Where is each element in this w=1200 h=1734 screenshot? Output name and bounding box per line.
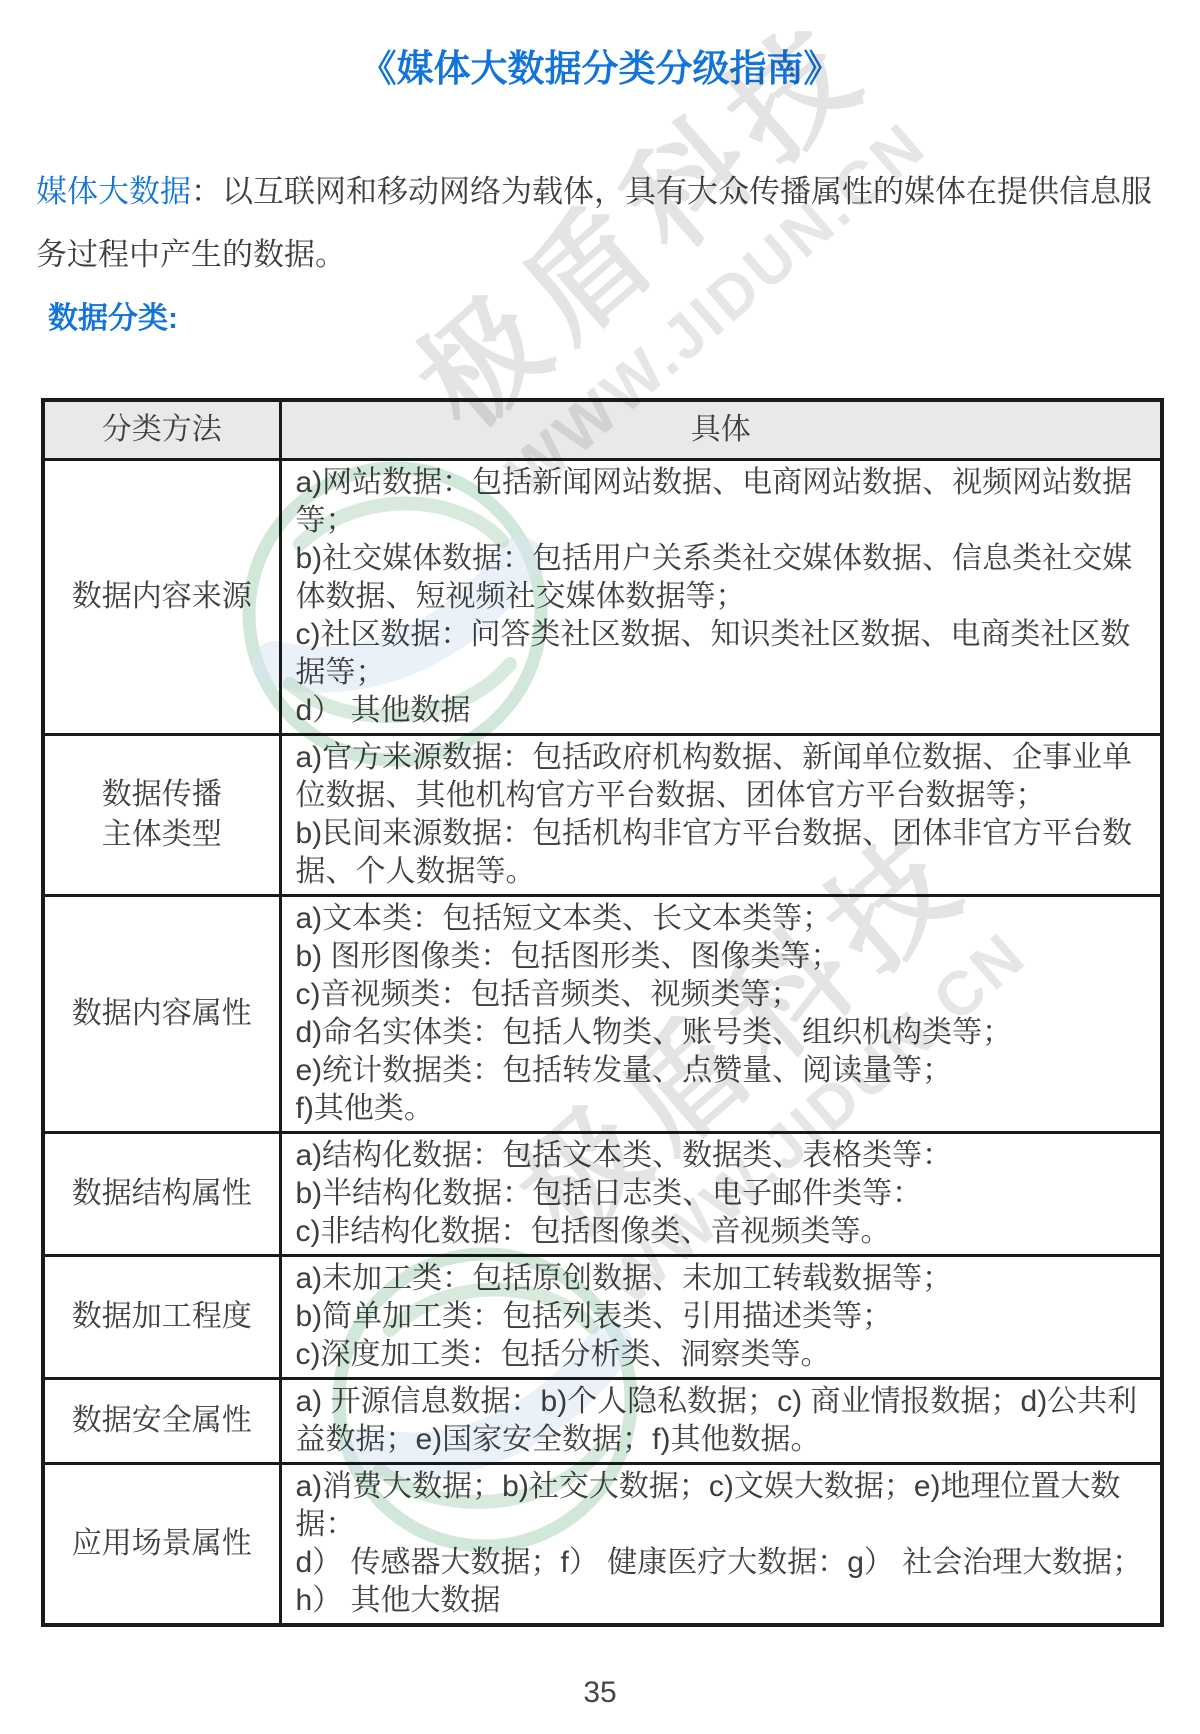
detail-item: d） 其他数据 (296, 692, 1149, 730)
row-label: 数据内容来源 (43, 460, 280, 735)
page-number: 35 (0, 1676, 1200, 1710)
detail-item: a)官方来源数据：包括政府机构数据、新闻单位数据、企事业单位数据、其他机构官方平… (296, 739, 1149, 815)
detail-item: d） 传感器大数据；f） 健康医疗大数据：g） 社会治理大数据； (296, 1544, 1149, 1582)
detail-item: c)社区数据：问答类社区数据、知识类社区数据、电商类社区数据等； (296, 616, 1149, 692)
detail-item: a) 开源信息数据：b)个人隐私数据；c) 商业情报数据；d)公共利益数据；e)… (296, 1383, 1149, 1459)
column-header-method: 分类方法 (43, 400, 280, 460)
row-label: 数据内容属性 (43, 896, 280, 1133)
table-row: 数据结构属性 a)结构化数据：包括文本类、数据类、表格类等： b)半结构化数据：… (43, 1133, 1162, 1256)
table-row: 数据内容来源 a)网站数据：包括新闻网站数据、电商网站数据、视频网站数据等； b… (43, 460, 1162, 735)
row-detail: a)未加工类：包括原创数据、未加工转载数据等； b)简单加工类：包括列表类、引用… (280, 1256, 1162, 1379)
row-detail: a)网站数据：包括新闻网站数据、电商网站数据、视频网站数据等； b)社交媒体数据… (280, 460, 1162, 735)
detail-item: b)民间来源数据：包括机构非官方平台数据、团体非官方平台数据、个人数据等。 (296, 815, 1149, 891)
detail-item: c)非结构化数据：包括图像类、音视频类等。 (296, 1213, 1149, 1251)
classification-table: 分类方法 具体 数据内容来源 a)网站数据：包括新闻网站数据、电商网站数据、视频… (41, 398, 1164, 1627)
row-detail: a) 开源信息数据：b)个人隐私数据；c) 商业情报数据；d)公共利益数据；e)… (280, 1379, 1162, 1464)
detail-item: b)简单加工类：包括列表类、引用描述类等； (296, 1298, 1149, 1336)
column-header-detail: 具体 (280, 400, 1162, 460)
row-label: 数据安全属性 (43, 1379, 280, 1464)
table-header-row: 分类方法 具体 (43, 400, 1162, 460)
detail-item: f)其他类。 (296, 1090, 1149, 1128)
definition-paragraph: 媒体大数据：以互联网和移动网络为载体，具有大众传播属性的媒体在提供信息服务过程中… (36, 160, 1164, 286)
row-label: 数据加工程度 (43, 1256, 280, 1379)
row-detail: a)消费大数据；b)社交大数据；c)文娱大数据；e)地理位置大数据： d） 传感… (280, 1464, 1162, 1626)
row-label: 数据结构属性 (43, 1133, 280, 1256)
section-heading-data-classification: 数据分类: (48, 302, 1200, 336)
detail-item: a)未加工类：包括原创数据、未加工转载数据等； (296, 1260, 1149, 1298)
detail-item: a)文本类：包括短文本类、长文本类等； (296, 900, 1149, 938)
row-detail: a)结构化数据：包括文本类、数据类、表格类等： b)半结构化数据：包括日志类、电… (280, 1133, 1162, 1256)
table-row: 应用场景属性 a)消费大数据；b)社交大数据；c)文娱大数据；e)地理位置大数据… (43, 1464, 1162, 1626)
table-row: 数据加工程度 a)未加工类：包括原创数据、未加工转载数据等； b)简单加工类：包… (43, 1256, 1162, 1379)
table-row: 数据安全属性 a) 开源信息数据：b)个人隐私数据；c) 商业情报数据；d)公共… (43, 1379, 1162, 1464)
detail-item: c)深度加工类：包括分析类、洞察类等。 (296, 1336, 1149, 1374)
detail-item: b)社交媒体数据：包括用户关系类社交媒体数据、信息类社交媒体数据、短视频社交媒体… (296, 540, 1149, 616)
row-detail: a)官方来源数据：包括政府机构数据、新闻单位数据、企事业单位数据、其他机构官方平… (280, 735, 1162, 896)
detail-item: b)半结构化数据：包括日志类、电子邮件类等： (296, 1175, 1149, 1213)
row-label: 应用场景属性 (43, 1464, 280, 1626)
detail-item: h） 其他大数据 (296, 1582, 1149, 1620)
table-row: 数据内容属性 a)文本类：包括短文本类、长文本类等； b) 图形图像类：包括图形… (43, 896, 1162, 1133)
table-row: 数据传播 主体类型 a)官方来源数据：包括政府机构数据、新闻单位数据、企事业单位… (43, 735, 1162, 896)
detail-item: a)结构化数据：包括文本类、数据类、表格类等： (296, 1137, 1149, 1175)
row-label: 数据传播 主体类型 (43, 735, 280, 896)
row-detail: a)文本类：包括短文本类、长文本类等； b) 图形图像类：包括图形类、图像类等；… (280, 896, 1162, 1133)
detail-item: b) 图形图像类：包括图形类、图像类等； (296, 938, 1149, 976)
detail-item: c)音视频类：包括音频类、视频类等； (296, 976, 1149, 1014)
definition-text: ：以互联网和移动网络为载体，具有大众传播属性的媒体在提供信息服务过程中产生的数据… (36, 174, 1152, 272)
detail-item: d)命名实体类：包括人物类、账号类、组织机构类等； (296, 1014, 1149, 1052)
page-title: 《媒体大数据分类分级指南》 (0, 46, 1200, 92)
definition-term: 媒体大数据 (36, 174, 191, 209)
detail-item: e)统计数据类：包括转发量、点赞量、阅读量等； (296, 1052, 1149, 1090)
detail-item: a)网站数据：包括新闻网站数据、电商网站数据、视频网站数据等； (296, 464, 1149, 540)
document-page: 《媒体大数据分类分级指南》 媒体大数据：以互联网和移动网络为载体，具有大众传播属… (0, 0, 1200, 1734)
detail-item: a)消费大数据；b)社交大数据；c)文娱大数据；e)地理位置大数据： (296, 1468, 1149, 1544)
